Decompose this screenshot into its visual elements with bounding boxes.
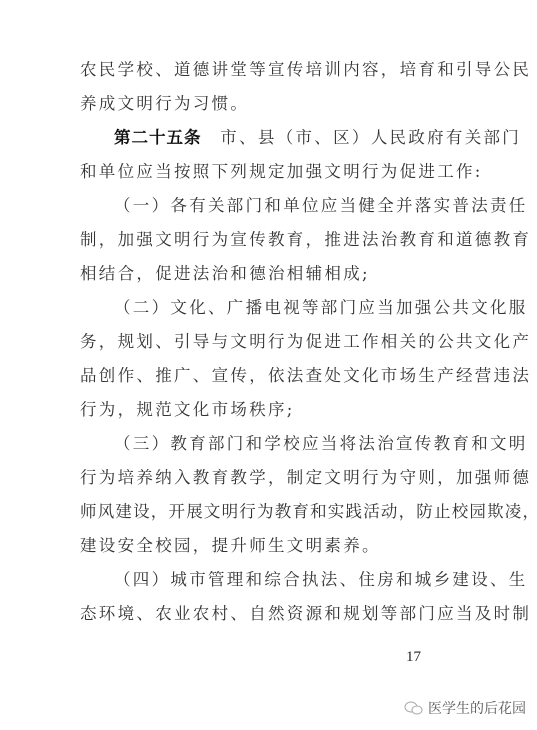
article-line: 第二十五条 市、县（市、区）人民政府有关部门	[114, 128, 458, 148]
clause-line: （三）教育部门和学校应当将法治宣传教育和文明	[114, 434, 458, 454]
wechat-icon	[404, 700, 424, 716]
watermark: 医学生的后花园	[404, 698, 526, 718]
text-line: 养成文明行为习惯。	[80, 94, 458, 114]
text-line: 务，规划、引导与文明行为促进工作相关的公共文化产	[80, 332, 458, 352]
page-number: 17	[406, 649, 421, 666]
text-line: 态环境、农业农村、自然资源和规划等部门应当及时制	[80, 604, 458, 624]
text-line: 和单位应当按照下列规定加强文明行为促进工作:	[80, 162, 458, 182]
text-line: 师风建设，开展文明行为教育和实践活动，防止校园欺凌，	[80, 502, 458, 522]
article-heading: 第二十五条	[114, 128, 202, 147]
text-line: 品创作、推广、宣传，依法查处文化市场生产经营违法	[80, 366, 458, 386]
clause-line: （四）城市管理和综合执法、住房和城乡建设、生	[114, 570, 458, 590]
document-page: 农民学校、道德讲堂等宣传培训内容，培育和引导公民 养成文明行为习惯。 第二十五条…	[0, 0, 537, 730]
text-line: 行为，规范文化市场秩序;	[80, 400, 458, 420]
clause-line: （一）各有关部门和单位应当健全并落实普法责任	[114, 196, 458, 216]
text-line: 行为培养纳入教育教学，制定文明行为守则，加强师德	[80, 468, 458, 488]
article-text: 市、县（市、区）人民政府有关部门	[202, 128, 522, 147]
text-line: 制，加强文明行为宣传教育，推进法治教育和道德教育	[80, 230, 458, 250]
text-line: 建设安全校园，提升师生文明素养。	[80, 536, 458, 556]
watermark-text: 医学生的后花园	[428, 698, 526, 718]
clause-line: （二）文化、广播电视等部门应当加强公共文化服	[114, 298, 458, 318]
text-line: 相结合，促进法治和德治相辅相成;	[80, 264, 458, 284]
text-line: 农民学校、道德讲堂等宣传培训内容，培育和引导公民	[80, 60, 458, 80]
